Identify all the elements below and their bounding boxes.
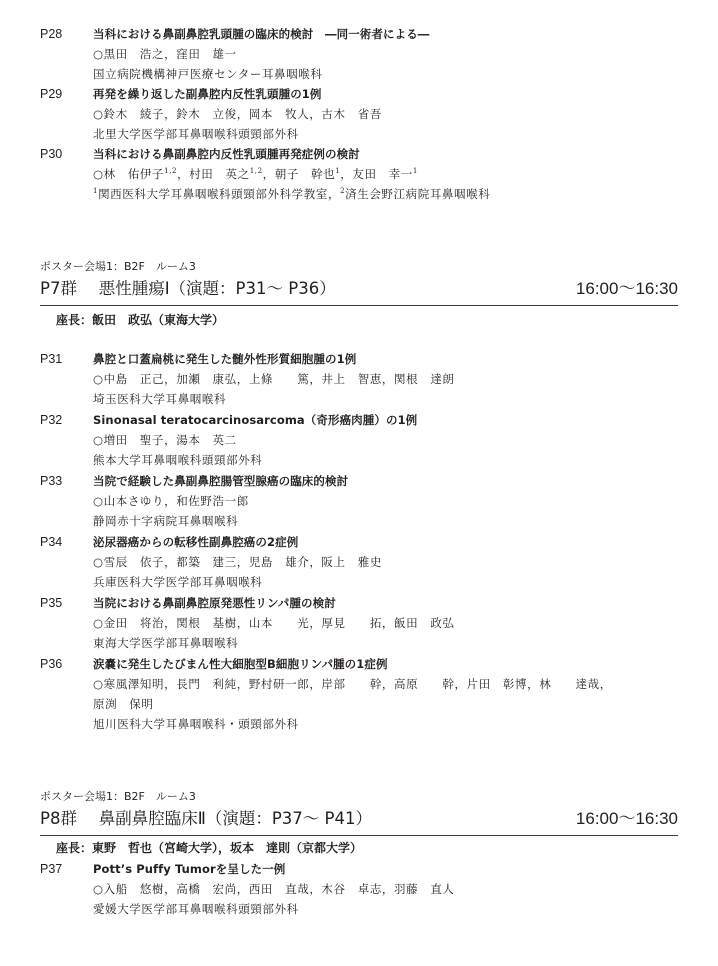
abstract-number: P33 [40,471,62,491]
abstract-affiliation: 兵庫医科大学医学部耳鼻咽喉科 [93,572,262,592]
abstract-title: 涙嚢に発生したびまん性大細胞型B細胞リンパ腫の1症例 [93,654,388,674]
abstract-number: P32 [40,410,62,430]
abstract-title: Pott’s Puffy Tumorを呈した一例 [93,859,285,879]
abstract-title: Sinonasal teratocarcinosarcoma（奇形癌肉腫）の1例 [93,410,417,430]
abstract-title: 再発を繰り返した副鼻腔内反性乳頭腫の1例 [93,84,322,104]
abstract-title: 当科における鼻副鼻腔乳頭腫の臨床的検討 ―同一術者による― [93,24,429,44]
abstract-affiliation: 1関西医科大学耳鼻咽喉科頭頸部外科学教室，2済生会野江病院耳鼻咽喉科 [93,184,490,204]
session-time: 16:00～16:30 [576,807,678,831]
session-chair: 座長：東野 哲也（宮崎大学），坂本 達則（京都大学） [56,838,362,858]
abstract-number: P31 [40,349,62,369]
session-title: P8群 鼻副鼻腔臨床Ⅱ（演題：P37～ P41） [40,807,372,831]
abstract-affiliation: 北里大学医学部耳鼻咽喉科頭頸部外科 [93,124,299,144]
abstract-number: P37 [40,859,62,879]
session-time: 16:00～16:30 [576,277,678,301]
abstract-number: P34 [40,532,62,552]
abstract-affiliation: 国立病院機構神戸医療センター耳鼻咽喉科 [93,64,322,84]
affiliation-superscript: 1 [413,167,418,175]
abstract-title: 泌尿器癌からの転移性副鼻腔癌の2症例 [93,532,298,552]
session-title: P7群 悪性腫瘍Ⅰ（演題：P31～ P36） [40,277,336,301]
program-page: P28 当科における鼻副鼻腔乳頭腫の臨床的検討 ―同一術者による― ○黒田 浩之… [0,0,718,966]
abstract-authors: ○中島 正己，加瀬 康弘，上條 篤，井上 智恵，関根 達朗 [93,369,455,389]
abstract-affiliation: 愛媛大学医学部耳鼻咽喉科頭頸部外科 [93,899,299,919]
abstract-authors: ○雪辰 依子，都築 建三，児島 雄介，阪上 雅史 [93,552,382,572]
session-header-p8: P8群 鼻副鼻腔臨床Ⅱ（演題：P37～ P41） 16:00～16:30 [40,807,678,833]
abstract-authors: ○山本さゆり，和佐野浩一郎 [93,491,249,511]
session-venue: ポスター会場1：B2F ルーム3 [40,789,196,805]
session-header-p7: P7群 悪性腫瘍Ⅰ（演題：P31～ P36） 16:00～16:30 [40,277,678,303]
abstract-authors: ○増田 聖子，湯本 英二 [93,430,237,450]
abstract-number: P29 [40,84,62,104]
affiliation-superscript: 1,2 [164,167,177,175]
abstract-title: 当院における鼻副鼻腔原発悪性リンパ腫の検討 [93,593,336,613]
author-name: ，村田 英之 [177,167,250,181]
affiliation-name: 関西医科大学耳鼻咽喉科頭頸部外科学教室， [98,187,340,201]
abstract-number: P30 [40,144,62,164]
abstract-number: P35 [40,593,62,613]
abstract-authors: ○林 佑伊子1,2，村田 英之1,2，朝子 幹也1，友田 幸一1 [93,164,418,184]
abstract-affiliation: 熊本大学耳鼻咽喉科頭頸部外科 [93,450,262,470]
abstract-authors: ○寒風澤知明，長門 利純，野村研一郎，岸部 幹，高原 幹，片田 彰博，林 達哉， [93,674,612,694]
abstract-affiliation: 東海大学医学部耳鼻咽喉科 [93,633,238,653]
session-venue: ポスター会場1：B2F ルーム3 [40,259,196,275]
abstract-authors-continued: 原渕 保明 [93,694,154,714]
author-name: ○林 佑伊子 [93,167,164,181]
abstract-affiliation: 静岡赤十字病院耳鼻咽喉科 [93,511,238,531]
author-name: ，友田 幸一 [340,167,413,181]
session-chair: 座長：飯田 政弘（東海大学） [56,310,224,330]
abstract-affiliation: 埼玉医科大学耳鼻咽喉科 [93,389,226,409]
abstract-title: 鼻腔と口蓋扁桃に発生した髄外性形質細胞腫の1例 [93,349,356,369]
abstract-number: P36 [40,654,62,674]
abstract-authors: ○金田 将治，関根 基樹，山本 光，厚見 拓，飯田 政弘 [93,613,455,633]
abstract-authors: ○鈴木 綾子，鈴木 立俊，岡本 牧人，古木 省吾 [93,104,382,124]
session-divider [40,305,678,306]
abstract-authors: ○入船 悠樹，高橋 宏尚，西田 直哉，木谷 卓志，羽藤 直人 [93,879,455,899]
abstract-title: 当院で経験した鼻副鼻腔腸管型腺癌の臨床的検討 [93,471,348,491]
affiliation-superscript: 1,2 [250,167,263,175]
abstract-title: 当科における鼻副鼻腔内反性乳頭腫再発症例の検討 [93,144,360,164]
affiliation-name: 済生会野江病院耳鼻咽喉科 [345,187,490,201]
abstract-authors: ○黒田 浩之，窪田 雄一 [93,44,237,64]
abstract-number: P28 [40,24,62,44]
abstract-affiliation: 旭川医科大学耳鼻咽喉科・頭頸部外科 [93,714,299,734]
session-divider [40,835,678,836]
author-name: ，朝子 幹也 [263,167,336,181]
